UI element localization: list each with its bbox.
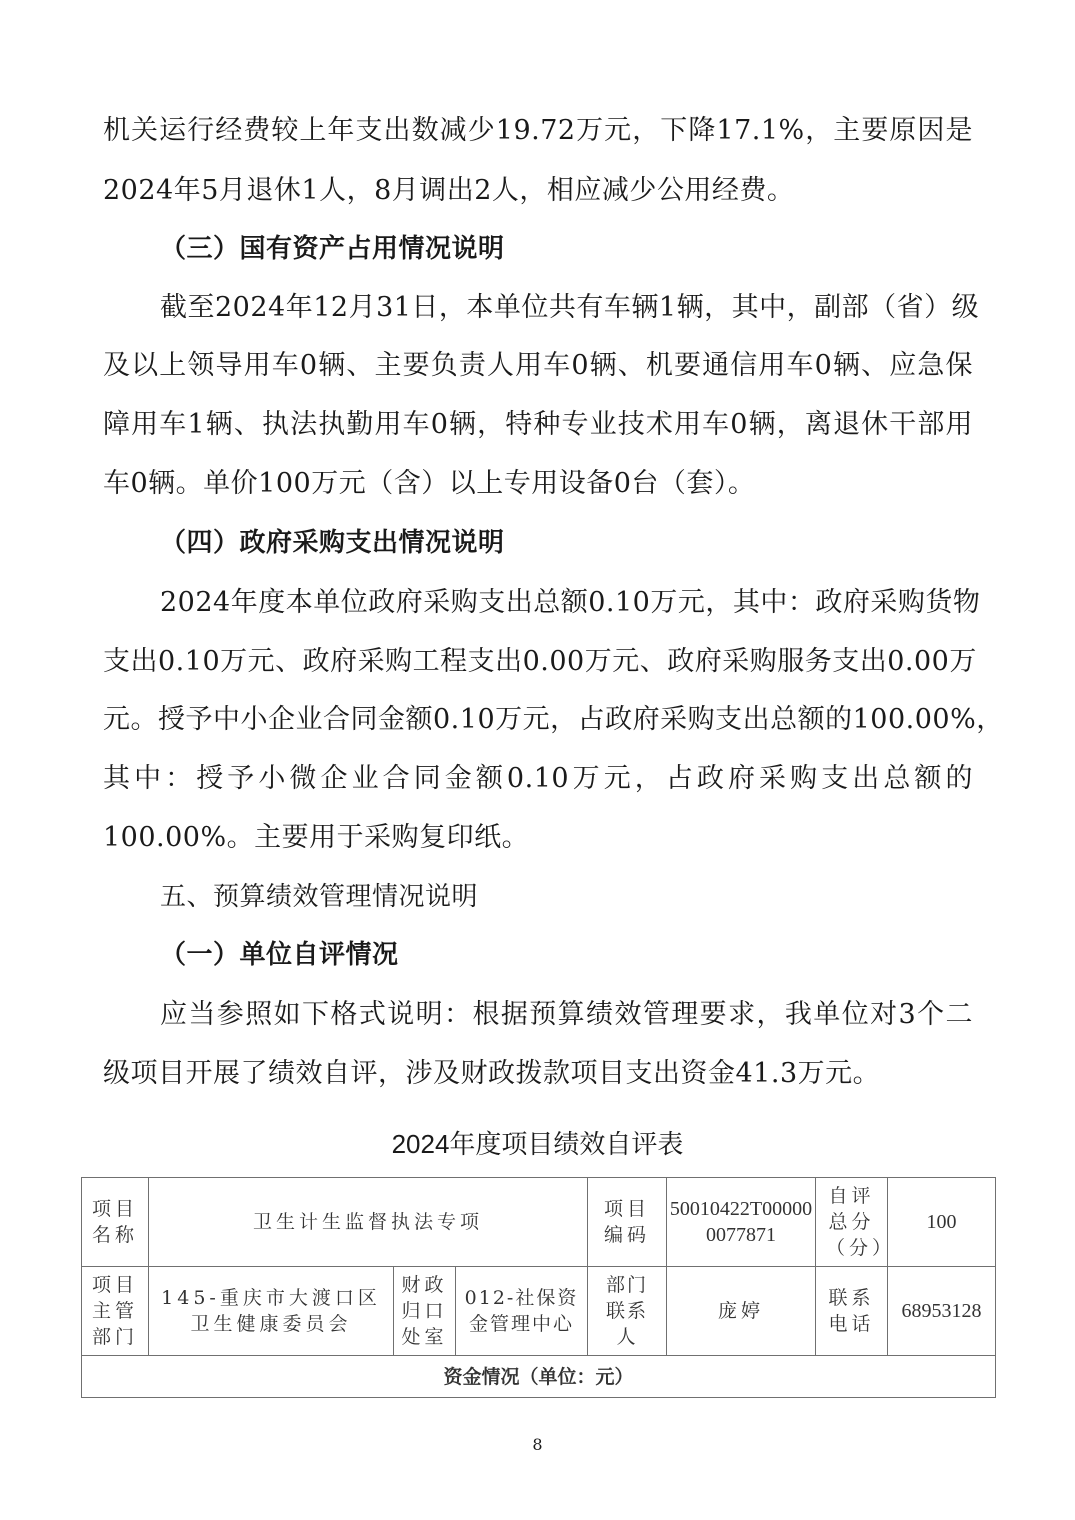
project-name-label: 项目名称 [82, 1178, 149, 1267]
paragraph-line: 障用车1辆、执法执勤用车0辆，特种专业技术用车0辆，离退休干部用 [103, 408, 973, 442]
paragraph-line: 级项目开展了绩效自评，涉及财政拨款项目支出资金41.3万元。 [103, 1057, 973, 1091]
phone-value: 68953128 [888, 1267, 996, 1356]
contact-label: 部门联系人 [588, 1267, 667, 1356]
dept-label: 项目主管部门 [82, 1267, 149, 1356]
table-row: 项目名称 卫生计生监督执法专项 项目编码 50010422T0000000778… [82, 1178, 996, 1267]
project-code-value: 50010422T000000077871 [667, 1178, 816, 1267]
contact-value: 庞婷 [667, 1267, 816, 1356]
paragraph-line: 2024年度本单位政府采购支出总额0.10万元，其中：政府采购货物 [160, 586, 973, 620]
paragraph-line: 元。授予中小企业合同金额0.10万元，占政府采购支出总额的100.00%， [103, 703, 973, 737]
dept-value: 145-重庆市大渡口区卫生健康委员会 [149, 1267, 394, 1356]
project-code-label: 项目编码 [588, 1178, 667, 1267]
section-heading-self-eval: （一）单位自评情况 [160, 938, 1030, 972]
finance-office-value: 012-社保资金管理中心 [456, 1267, 588, 1356]
paragraph-line: 机关运行经费较上年支出数减少19.72万元，下降17.1%，主要原因是 [103, 114, 973, 148]
page-number: 8 [0, 1435, 1075, 1454]
performance-table: 项目名称 卫生计生监督执法专项 项目编码 50010422T0000000778… [81, 1177, 996, 1398]
paragraph-line: 应当参照如下格式说明：根据预算绩效管理要求，我单位对3个二 [160, 998, 973, 1032]
table-title: 2024年度项目绩效自评表 [0, 1127, 1075, 1161]
paragraph-line: 截至2024年12月31日，本单位共有车辆1辆，其中，副部（省）级 [160, 291, 973, 325]
finance-office-label: 财政归口处室 [394, 1267, 456, 1356]
project-name-value: 卫生计生监督执法专项 [149, 1178, 588, 1267]
paragraph-line: 车0辆。单价100万元（含）以上专用设备0台（套）。 [103, 467, 973, 501]
phone-label: 联系电话 [816, 1267, 888, 1356]
paragraph-line: 其中：授予小微企业合同金额0.10万元，占政府采购支出总额的 [103, 762, 973, 796]
section-heading-assets: （三）国有资产占用情况说明 [160, 232, 1030, 266]
paragraph-line: 支出0.10万元、政府采购工程支出0.00万元、政府采购服务支出0.00万 [103, 645, 973, 679]
paragraph-line: 及以上领导用车0辆、主要负责人用车0辆、机要通信用车0辆、应急保 [103, 349, 973, 383]
paragraph-line: 100.00%。主要用于采购复印纸。 [103, 821, 973, 855]
score-label: 自评总分（分） [816, 1178, 888, 1267]
section-heading-procurement: （四）政府采购支出情况说明 [160, 526, 1030, 560]
section-heading-budget: 五、预算绩效管理情况说明 [160, 880, 1030, 914]
score-value: 100 [888, 1178, 996, 1267]
table-row: 资金情况（单位：元） [82, 1356, 996, 1398]
table-row: 项目主管部门 145-重庆市大渡口区卫生健康委员会 财政归口处室 012-社保资… [82, 1267, 996, 1356]
funding-header: 资金情况（单位：元） [82, 1356, 996, 1398]
paragraph-line: 2024年5月退休1人，8月调出2人，相应减少公用经费。 [103, 174, 973, 208]
